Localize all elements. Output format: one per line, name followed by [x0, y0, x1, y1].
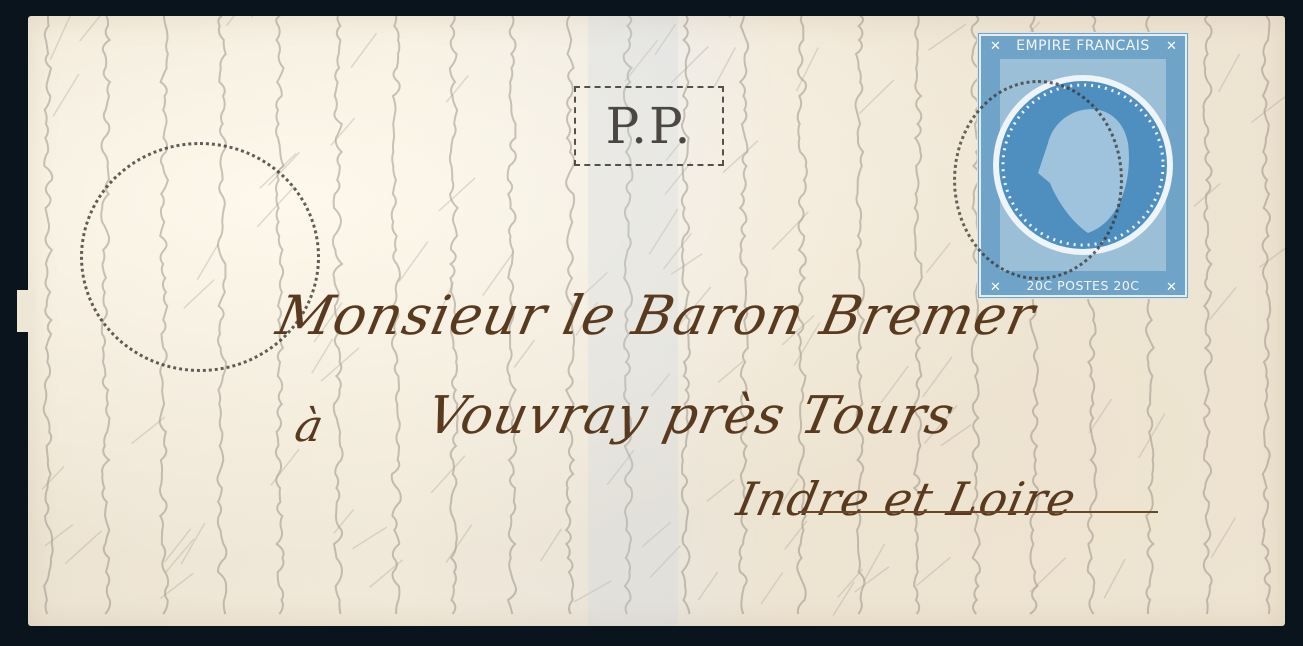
svg-text:✕: ✕ — [990, 39, 1001, 54]
svg-text:✕: ✕ — [1166, 280, 1177, 295]
underline-stroke — [798, 511, 1158, 513]
stamp-cancel-postmark — [953, 80, 1123, 280]
postal-cover: P.P. ✕ ✕ ✕ ✕ EMPIRE FRANCAIS 20C POSTES … — [28, 16, 1285, 626]
address-line-1: Monsieur le Baron Bremer — [271, 284, 1041, 347]
pp-boxed-mark: P.P. — [574, 86, 724, 166]
address-line-3: Indre et Loire — [732, 472, 1081, 526]
stamp-top-inscription: EMPIRE FRANCAIS — [1002, 36, 1164, 56]
address-line-2: Vouvray près Tours — [422, 386, 961, 446]
svg-text:✕: ✕ — [1166, 39, 1177, 54]
pp-text: P.P. — [606, 97, 693, 155]
torn-flap — [17, 290, 35, 332]
